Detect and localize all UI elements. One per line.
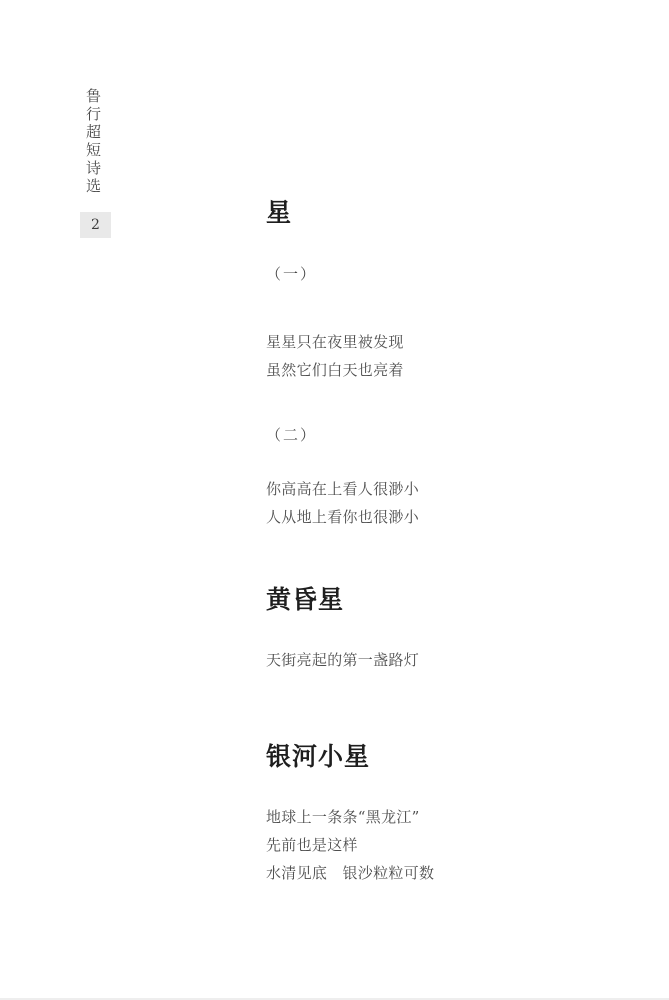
poem-line: 天街亮起的第一盏路灯	[266, 646, 419, 674]
poem-line: 人从地上看你也很渺小	[266, 503, 419, 531]
poem-title-milky-way-stars: 银河小星	[266, 742, 370, 772]
section-label-one: （一）	[266, 262, 317, 286]
poem-line: 地球上一条条“黑龙江”	[266, 803, 434, 831]
book-page: 鲁行超短诗选 2 星 （一） 星星只在夜里被发现 虽然它们白天也亮着 （二） 你…	[0, 0, 669, 1000]
stanza-milky-way-stars: 地球上一条条“黑龙江” 先前也是这样 水清见底 银沙粒粒可数	[266, 803, 434, 887]
poem-title-evening-star: 黄昏星	[266, 585, 344, 615]
poem-line: 你高高在上看人很渺小	[266, 475, 419, 503]
stanza-star-1: 星星只在夜里被发现 虽然它们白天也亮着	[266, 328, 404, 384]
page-number-badge: 2	[80, 212, 111, 238]
stanza-star-2: 你高高在上看人很渺小 人从地上看你也很渺小	[266, 475, 419, 531]
section-label-two: （二）	[266, 423, 317, 447]
poem-line: 星星只在夜里被发现	[266, 328, 404, 356]
poem-line: 先前也是这样	[266, 831, 434, 859]
book-title-vertical: 鲁行超短诗选	[83, 88, 104, 196]
poem-title-star: 星	[266, 198, 292, 228]
page-number: 2	[91, 217, 100, 233]
poem-column: 星 （一） 星星只在夜里被发现 虽然它们白天也亮着 （二） 你高高在上看人很渺小…	[266, 0, 626, 1000]
poem-line: 虽然它们白天也亮着	[266, 356, 404, 384]
stanza-evening-star: 天街亮起的第一盏路灯	[266, 646, 419, 674]
poem-line: 水清见底 银沙粒粒可数	[266, 859, 434, 887]
